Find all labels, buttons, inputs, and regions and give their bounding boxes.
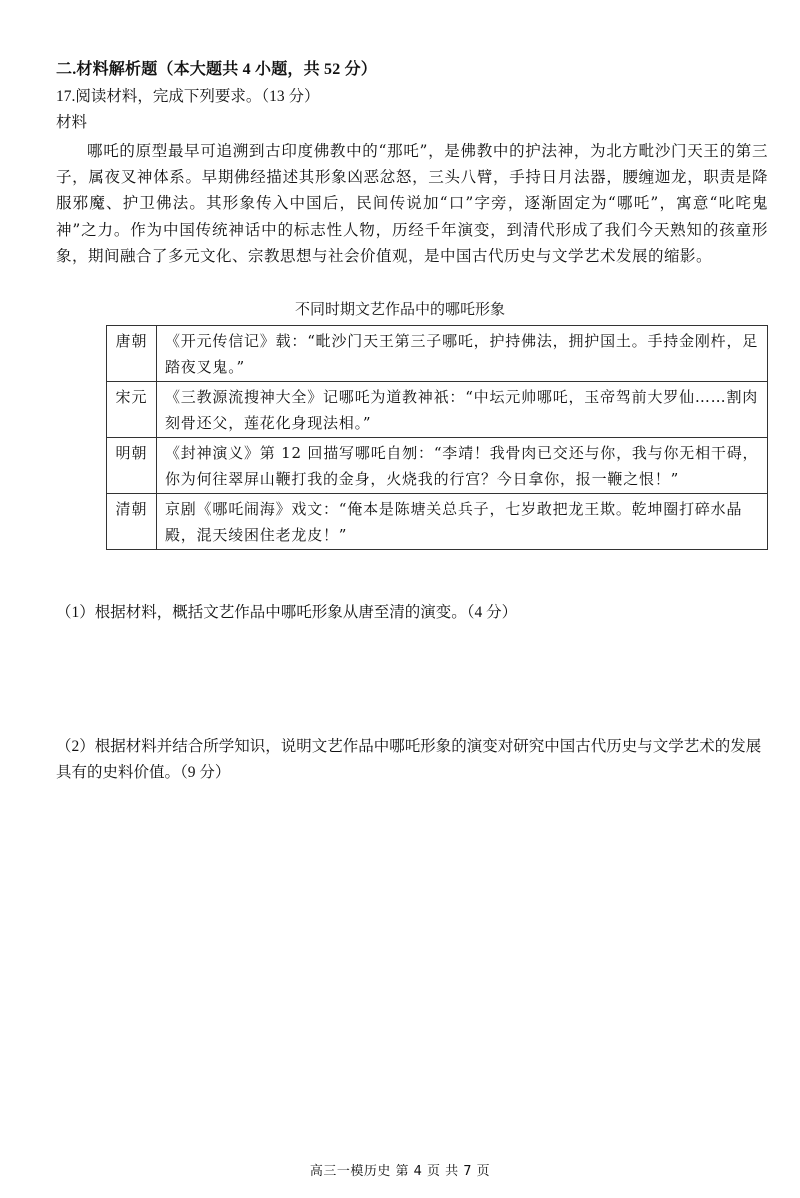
material-table: 唐朝 《开元传信记》载：“毗沙门天王第三子哪吒，护持佛法，拥护国土。手持金刚杵，…	[106, 325, 768, 550]
era-cell: 清朝	[107, 494, 157, 550]
table-row: 清朝 京剧《哪吒闹海》戏文：“俺本是陈塘关总兵子，七岁敢把龙王欺。乾坤圈打碎水晶…	[107, 494, 768, 550]
section-title: 二.材料解析题（本大题共 4 小题，共 52 分）	[56, 56, 377, 79]
sub-question-1: （1）根据材料，概括文艺作品中哪吒形象从唐至清的演变。（4 分）	[56, 600, 517, 622]
text-cell: 《封神演义》第 12 回描写哪吒自刎：“李靖！我骨肉已交还与你，我与你无相干碍，…	[157, 438, 768, 494]
table-row: 唐朝 《开元传信记》载：“毗沙门天王第三子哪吒，护持佛法，拥护国土。手持金刚杵，…	[107, 326, 768, 382]
material-label: 材料	[56, 110, 87, 132]
table-row: 宋元 《三教源流搜神大全》记哪吒为道教神祇：“中坛元帅哪吒，玉帝驾前大罗仙……割…	[107, 382, 768, 438]
table-caption: 不同时期文艺作品中的哪吒形象	[0, 298, 800, 319]
era-cell: 唐朝	[107, 326, 157, 382]
era-cell: 明朝	[107, 438, 157, 494]
material-paragraph: 哪吒的原型最早可追溯到古印度佛教中的“那吒”，是佛教中的护法神，为北方毗沙门天王…	[56, 138, 768, 269]
era-cell: 宋元	[107, 382, 157, 438]
text-cell: 京剧《哪吒闹海》戏文：“俺本是陈塘关总兵子，七岁敢把龙王欺。乾坤圈打碎水晶殿，混…	[157, 494, 768, 550]
table-row: 明朝 《封神演义》第 12 回描写哪吒自刎：“李靖！我骨肉已交还与你，我与你无相…	[107, 438, 768, 494]
sub-question-2: （2）根据材料并结合所学知识，说明文艺作品中哪吒形象的演变对研究中国古代历史与文…	[56, 734, 771, 786]
question-header: 17.阅读材料，完成下列要求。（13 分）	[56, 84, 320, 106]
text-cell: 《开元传信记》载：“毗沙门天王第三子哪吒，护持佛法，拥护国土。手持金刚杵，足踏夜…	[157, 326, 768, 382]
page-footer: 高三一模历史 第 4 页 共 7 页	[0, 1160, 800, 1179]
text-cell: 《三教源流搜神大全》记哪吒为道教神祇：“中坛元帅哪吒，玉帝驾前大罗仙……割肉刻骨…	[157, 382, 768, 438]
